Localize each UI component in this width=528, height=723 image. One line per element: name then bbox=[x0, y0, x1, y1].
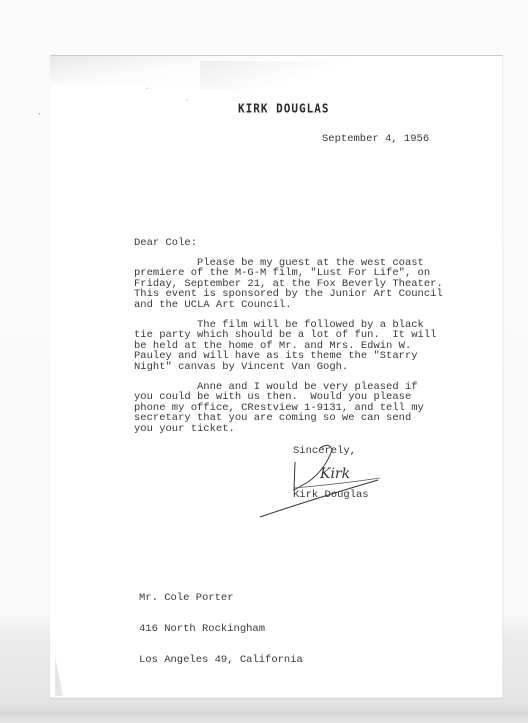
stray-mark: · bbox=[37, 110, 42, 119]
scanner-edge bbox=[0, 704, 528, 723]
recipient-address: Mr. Cole Porter 416 North Rockingham Los… bbox=[139, 572, 303, 676]
letter-date: September 4, 1956 bbox=[322, 134, 429, 144]
body-paragraph: The film will be followed by a black tie… bbox=[134, 320, 436, 372]
stray-mark: ˏ bbox=[185, 93, 190, 102]
address-line: 416 North Rockingham bbox=[139, 624, 303, 634]
paper-crease bbox=[200, 61, 380, 89]
body-paragraph: Please be my guest at the west coast pre… bbox=[134, 258, 443, 310]
address-line: Mr. Cole Porter bbox=[139, 593, 303, 603]
signer-name: Kirk Douglas bbox=[293, 490, 369, 500]
paper-fold bbox=[55, 656, 63, 696]
stray-mark: ˊ bbox=[145, 88, 150, 97]
salutation: Dear Cole: bbox=[134, 238, 197, 248]
letterhead: KIRK DOUGLAS bbox=[238, 101, 329, 116]
address-line: Los Angeles 49, California bbox=[139, 655, 303, 665]
handwritten-signature: Kirk bbox=[250, 440, 400, 520]
body-paragraph: Anne and I would be very pleased if you … bbox=[134, 382, 424, 434]
signature-text: Kirk bbox=[319, 466, 350, 482]
